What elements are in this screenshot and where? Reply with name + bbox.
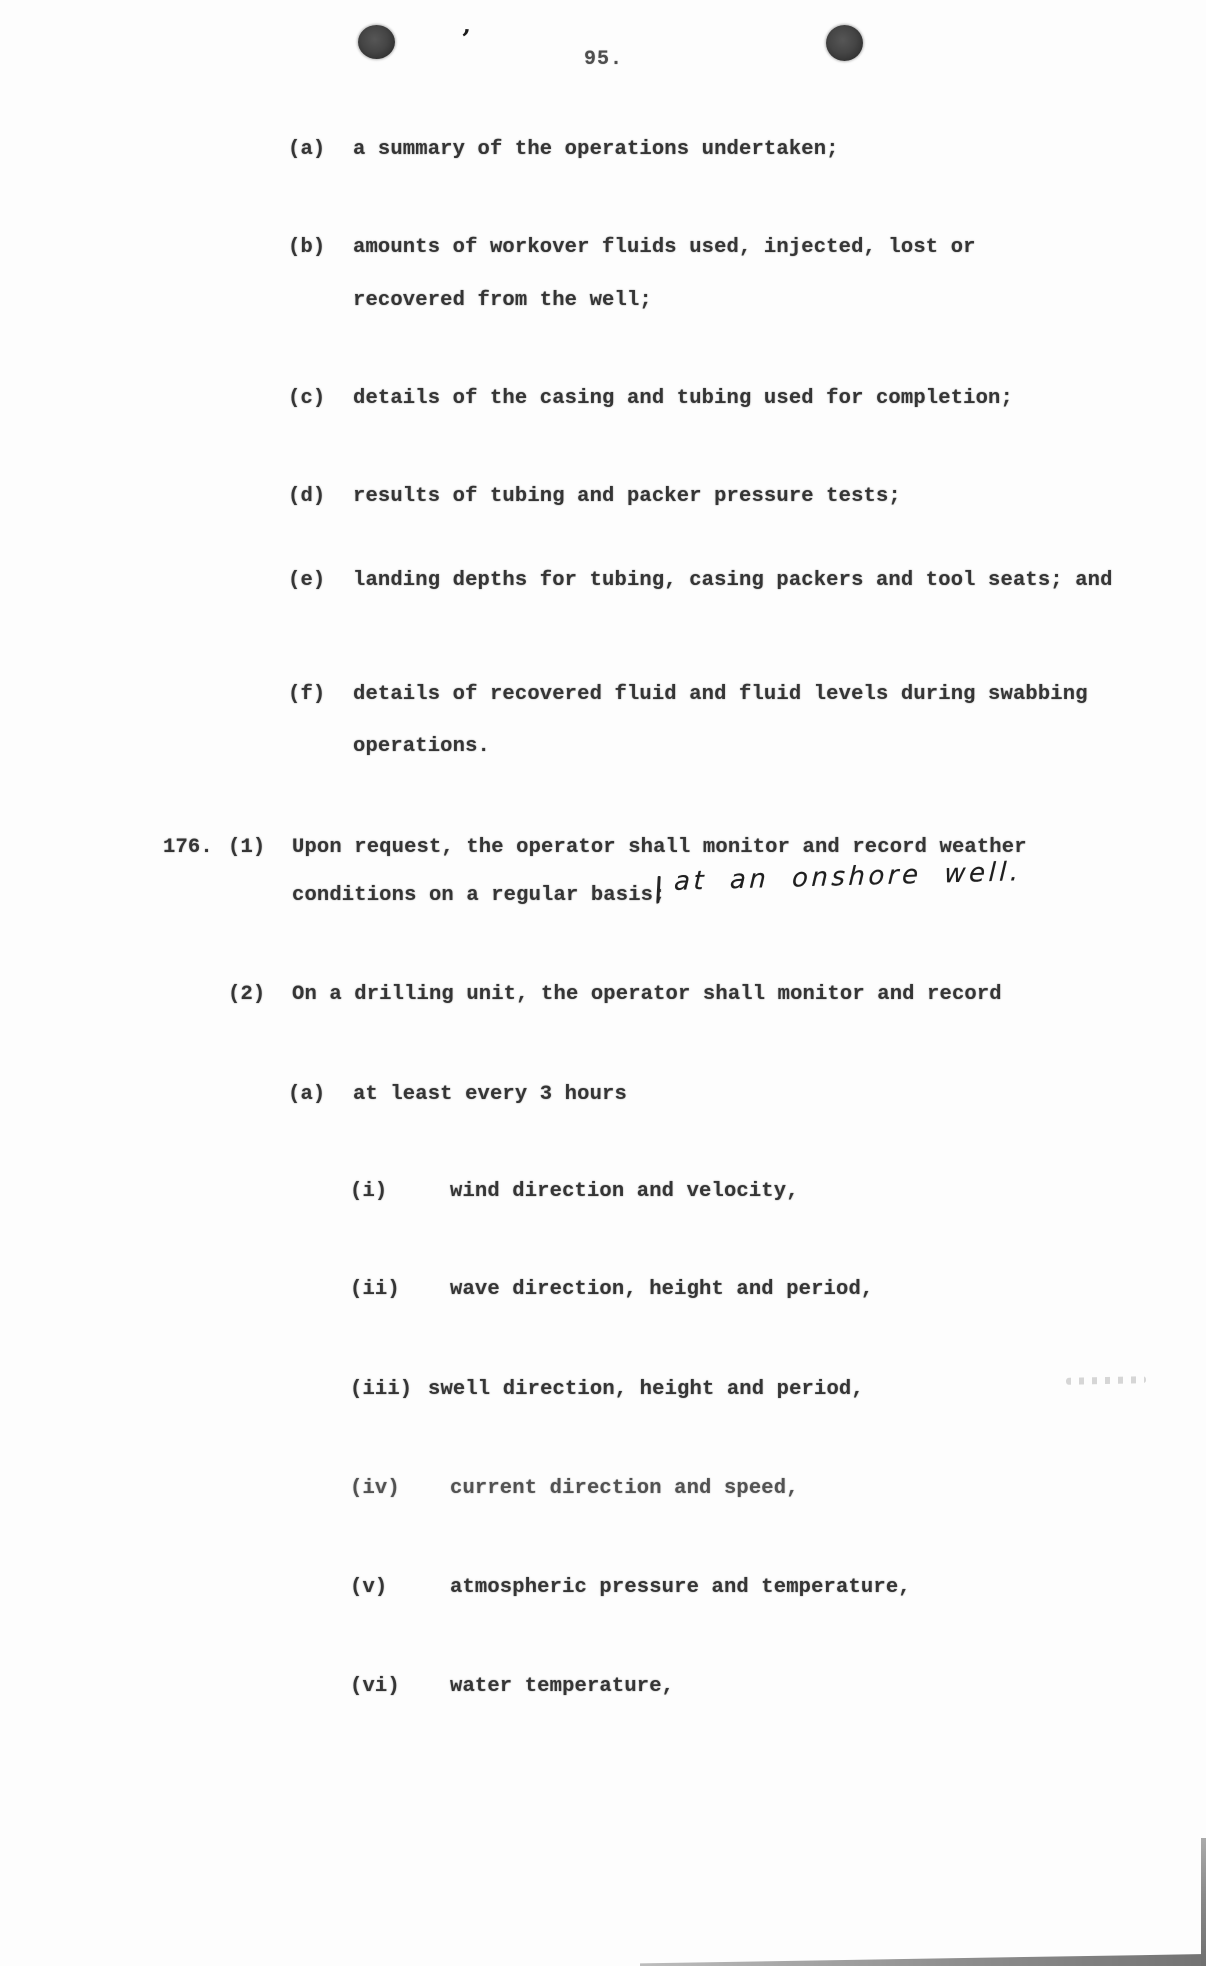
roman-marker: (iii) (350, 1378, 412, 1401)
line-text: Upon request, the operator shall monitor… (292, 836, 1027, 859)
line-text: a summary of the operations undertaken; (353, 138, 839, 161)
text-line: recovered from the well; (0, 289, 1206, 315)
line-text: On a drilling unit, the operator shall m… (292, 983, 1002, 1006)
page-edge-shadow-right (1201, 1838, 1206, 1966)
line-text: swell direction, height and period, (428, 1378, 864, 1401)
list-marker: (a) (288, 138, 325, 161)
line-text: recovered from the well; (353, 289, 652, 312)
section-number: 176. (163, 836, 213, 859)
text-line: (b)amounts of workover fluids used, inje… (0, 236, 1206, 262)
apostrophe-mark: ’ (460, 25, 471, 56)
text-line: operations. (0, 735, 1206, 761)
line-text: at least every 3 hours (353, 1083, 627, 1106)
list-marker: (a) (288, 1083, 325, 1106)
list-marker: (c) (288, 387, 325, 410)
roman-marker: (i) (350, 1180, 387, 1203)
text-line: (iii)swell direction, height and period, (0, 1378, 1206, 1404)
line-text: results of tubing and packer pressure te… (353, 485, 901, 508)
text-line: (v)atmospheric pressure and temperature, (0, 1576, 1206, 1602)
page-number: 95. (584, 48, 623, 71)
roman-marker: (vi) (350, 1675, 400, 1698)
line-text: landing depths for tubing, casing packer… (353, 569, 1113, 592)
text-line: conditions on a regular basis; (0, 884, 1206, 910)
list-marker: (f) (288, 683, 325, 706)
line-text: conditions on a regular basis; (292, 884, 666, 907)
line-text: amounts of workover fluids used, injecte… (353, 236, 976, 259)
scanned-document-page: ’ 95. (a)a summary of the operations und… (0, 0, 1206, 1966)
text-line: (c)details of the casing and tubing used… (0, 387, 1206, 413)
line-text: details of the casing and tubing used fo… (353, 387, 1013, 410)
line-text: details of recovered fluid and fluid lev… (353, 683, 1088, 706)
list-marker: (b) (288, 236, 325, 259)
hole-punch-left (358, 25, 395, 59)
line-text: current direction and speed, (450, 1477, 799, 1500)
roman-marker: (ii) (350, 1278, 400, 1301)
hole-punch-right (826, 25, 863, 61)
text-line: (e)landing depths for tubing, casing pac… (0, 569, 1206, 595)
clause-marker: (2) (228, 983, 265, 1006)
clause-marker: (1) (228, 836, 265, 859)
roman-marker: (iv) (350, 1477, 400, 1500)
text-line: (a)a summary of the operations undertake… (0, 138, 1206, 164)
line-text: wind direction and velocity, (450, 1180, 799, 1203)
text-line: (f)details of recovered fluid and fluid … (0, 683, 1206, 709)
text-line: 176.(1)Upon request, the operator shall … (0, 836, 1206, 862)
line-text: operations. (353, 735, 490, 758)
page-edge-shadow-bottom (640, 1953, 1206, 1966)
list-marker: (e) (288, 569, 325, 592)
line-text: water temperature, (450, 1675, 674, 1698)
list-marker: (d) (288, 485, 325, 508)
line-text: atmospheric pressure and temperature, (450, 1576, 911, 1599)
roman-marker: (v) (350, 1576, 387, 1599)
text-line: (a)at least every 3 hours (0, 1083, 1206, 1109)
text-line: (i)wind direction and velocity, (0, 1180, 1206, 1206)
text-line: (iv)current direction and speed, (0, 1477, 1206, 1503)
line-text: wave direction, height and period, (450, 1278, 873, 1301)
text-line: (d)results of tubing and packer pressure… (0, 485, 1206, 511)
text-line: (2)On a drilling unit, the operator shal… (0, 983, 1206, 1009)
text-line: (vi)water temperature, (0, 1675, 1206, 1701)
text-line: (ii)wave direction, height and period, (0, 1278, 1206, 1304)
